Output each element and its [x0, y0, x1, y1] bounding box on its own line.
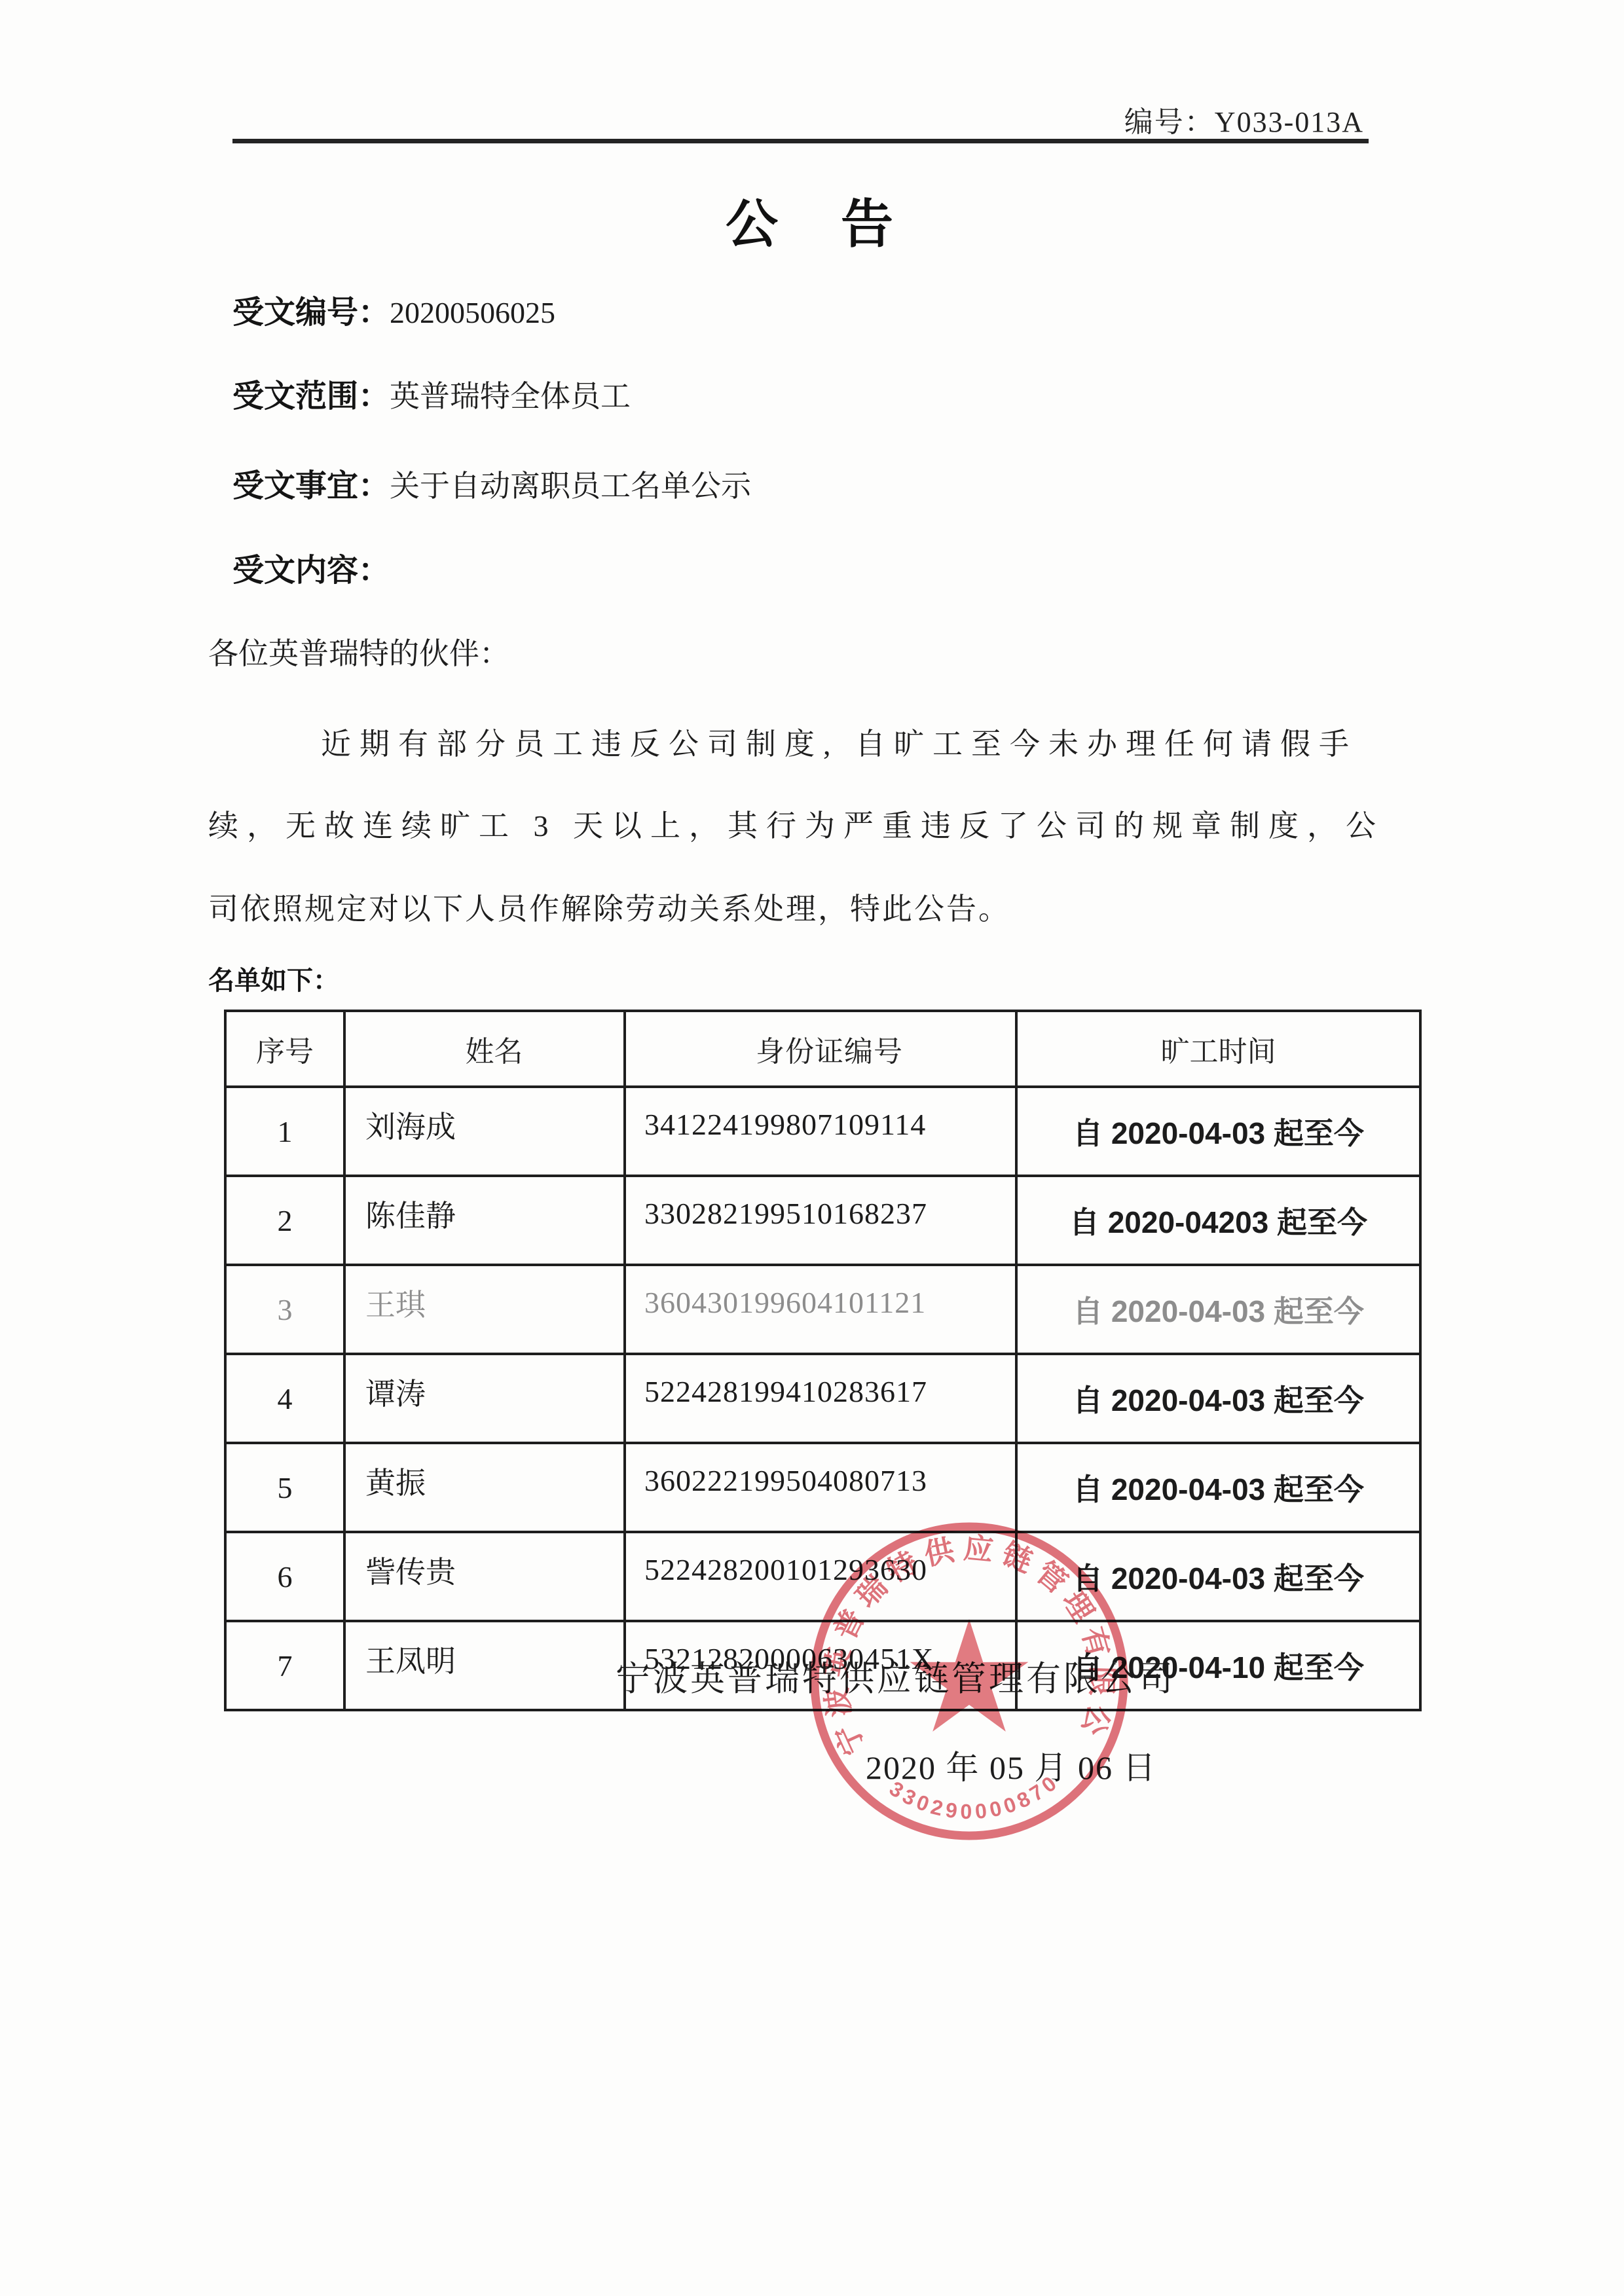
- salutation: 各位英普瑞特的伙伴：: [208, 630, 509, 673]
- absence-period: 自 2020-04-03 起至今: [1016, 1265, 1420, 1354]
- row-index: 3: [225, 1265, 344, 1354]
- meta-value: 英普瑞特全体员工: [390, 380, 631, 413]
- absence-roster: 序号 姓名 身份证编号 旷工时间 1刘海成341224199807109114自…: [224, 1010, 1422, 1711]
- meta-label: 受文编号：: [232, 295, 390, 330]
- row-index: 6: [225, 1532, 344, 1621]
- header-row: 序号 姓名 身份证编号 旷工时间: [225, 1011, 1420, 1087]
- table-row: 5黄振360222199504080713自 2020-04-03 起至今: [225, 1443, 1420, 1532]
- meta-value: 关于自动离职员工名单公示: [390, 469, 751, 503]
- col-header-name: 姓名: [344, 1011, 625, 1087]
- table-row: 2陈佳静330282199510168237自 2020-04203 起至今: [225, 1176, 1420, 1265]
- employee-id-number: 341224199807109114: [625, 1087, 1016, 1176]
- row-index: 5: [225, 1443, 344, 1532]
- row-index: 2: [225, 1176, 344, 1265]
- meta-line-subject: 受文事宜：关于自动离职员工名单公示: [232, 460, 751, 505]
- employee-name: 陈佳静: [344, 1176, 625, 1265]
- row-index: 4: [225, 1354, 344, 1443]
- meta-line-scope: 受文范围：英普瑞特全体员工: [232, 371, 631, 416]
- announcement-page: 编号：Y033-013A 公 告 受文编号：20200506025 受文范围：英…: [0, 0, 1624, 2296]
- meta-line-content: 受文内容：: [232, 545, 390, 590]
- col-header-index: 序号: [225, 1011, 344, 1087]
- table-row: 1刘海成341224199807109114自 2020-04-03 起至今: [225, 1087, 1420, 1176]
- employee-name: 王凤明: [344, 1621, 625, 1710]
- meta-value: 20200506025: [390, 296, 555, 329]
- col-header-period: 旷工时间: [1016, 1011, 1420, 1087]
- employee-id-number: 330282199510168237: [625, 1176, 1016, 1265]
- table-row: 6訾传贵522428200101293630自 2020-04-03 起至今: [225, 1532, 1420, 1621]
- doc-number: 编号：Y033-013A: [1124, 98, 1364, 140]
- employee-id-number: 360430199604101121: [625, 1265, 1016, 1354]
- signature-company: 宁波英普瑞特供应链管理有限公司: [616, 1651, 1175, 1701]
- table-row: 3王琪360430199604101121自 2020-04-03 起至今: [225, 1265, 1420, 1354]
- employee-name: 訾传贵: [344, 1532, 625, 1621]
- employee-name: 黄振: [344, 1443, 625, 1532]
- roster-table-head: 序号 姓名 身份证编号 旷工时间: [225, 1011, 1420, 1087]
- absence-period: 自 2020-04-03 起至今: [1016, 1087, 1420, 1176]
- col-header-id: 身份证编号: [625, 1011, 1016, 1087]
- meta-line-doc-no: 受文编号：20200506025: [232, 287, 555, 332]
- signature-date: 2020 年 05 月 06 日: [866, 1741, 1157, 1789]
- absence-period: 自 2020-04-03 起至今: [1016, 1443, 1420, 1532]
- employee-id-number: 522428200101293630: [625, 1532, 1016, 1621]
- paragraph-line: 司依照规定对以下人员作解除劳动关系处理，特此公告。: [208, 885, 1010, 928]
- employee-name: 刘海成: [344, 1087, 625, 1176]
- meta-label: 受文范围：: [232, 379, 390, 414]
- header-rule-line: [232, 139, 1369, 143]
- list-label: 名单如下：: [208, 960, 339, 997]
- meta-label: 受文事宜：: [232, 469, 390, 503]
- paragraph-line: 近期有部分员工违反公司制度, 自旷工至今未办理任何请假手: [321, 720, 1357, 763]
- roster-table: 序号 姓名 身份证编号 旷工时间 1刘海成341224199807109114自…: [224, 1010, 1422, 1711]
- row-index: 1: [225, 1087, 344, 1176]
- meta-label: 受文内容：: [232, 553, 390, 588]
- absence-period: 自 2020-04-03 起至今: [1016, 1354, 1420, 1443]
- employee-id-number: 360222199504080713: [625, 1443, 1016, 1532]
- employee-name: 谭涛: [344, 1354, 625, 1443]
- employee-name: 王琪: [344, 1265, 625, 1354]
- absence-period: 自 2020-04-03 起至今: [1016, 1532, 1420, 1621]
- roster-table-body: 1刘海成341224199807109114自 2020-04-03 起至今2陈…: [225, 1087, 1420, 1710]
- row-index: 7: [225, 1621, 344, 1710]
- employee-id-number: 522428199410283617: [625, 1354, 1016, 1443]
- table-row: 4谭涛522428199410283617自 2020-04-03 起至今: [225, 1354, 1420, 1443]
- page-title: 公 告: [0, 182, 1624, 257]
- paragraph-line: 续，无故连续旷工 3 天以上，其行为严重违反了公司的规章制度，公: [208, 802, 1384, 845]
- absence-period: 自 2020-04203 起至今: [1016, 1176, 1420, 1265]
